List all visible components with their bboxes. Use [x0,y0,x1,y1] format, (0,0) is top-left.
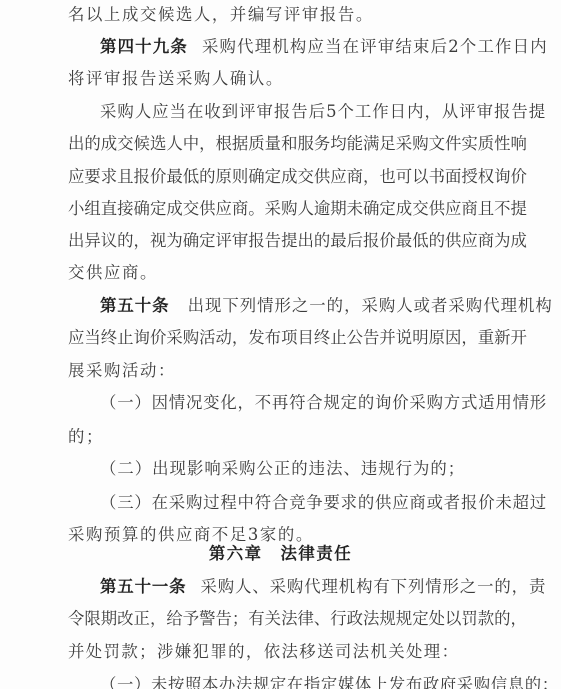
chapter-number: 第六章 [209,544,263,563]
article-49-line: 第四十九条采购代理机构应当在评审结束后2个工作日内 [100,36,492,58]
list-item: （一）因情况变化，不再符合规定的询价采购方式适用情形 [100,392,492,414]
article-51-line: 第五十一条采购人、采购代理机构有下列情形之一的，责 [100,576,492,598]
text-line: 采购人应当在收到评审报告后5个工作日内，从评审报告提 [100,101,492,123]
text-line: 应要求且报价最低的原则确定成交供应商，也可以书面授权询价 [68,166,492,188]
document-page: 名以上成交候选人，并编写评审报告。 第四十九条采购代理机构应当在评审结束后2个工… [0,0,561,689]
text-line: 出异议的，视为确定评审报告提出的最后报价最低的供应商为成 [68,230,492,252]
text-line: 出的成交候选人中，根据质量和服务均能满足采购文件实质性响 [68,133,492,155]
article-heading: 第五十条 [100,296,170,315]
paragraph-text: 展采购活动： [68,361,176,380]
paragraph-text: （三）在采购过程中符合竞争要求的供应商或者报价未超过 [100,493,547,512]
list-item: （三）在采购过程中符合竞争要求的供应商或者报价未超过 [100,492,492,514]
paragraph-text: 令限期改正，给予警告；有关法律、行政法规规定处以罚款的， [68,609,527,628]
paragraph-text: 采购预算的供应商不足3家的。 [68,525,314,544]
paragraph-text: 采购人、采购代理机构有下列情形之一的，责 [200,577,546,596]
text-line: 小组直接确定成交供应商。采购人逾期未确定成交供应商且不提 [68,198,492,220]
paragraph-text: 应要求且报价最低的原则确定成交供应商，也可以书面授权询价 [68,167,527,186]
list-item: （二）出现影响采购公正的违法、违规行为的； [100,458,492,480]
article-heading: 第四十九条 [100,37,188,56]
text-line: 名以上成交候选人，并编写评审报告。 [68,4,492,26]
paragraph-text: 名以上成交候选人，并编写评审报告。 [68,5,374,24]
text-line: 交供应商。 [68,262,492,284]
text-line: 将评审报告送采购人确认。 [68,68,492,90]
text-line: 的； [68,426,492,448]
text-line: 令限期改正，给予警告；有关法律、行政法规规定处以罚款的， [68,608,492,630]
paragraph-text: 出的成交候选人中，根据质量和服务均能满足采购文件实质性响 [68,134,527,153]
paragraph-text: （一）因情况变化，不再符合规定的询价采购方式适用情形 [100,393,547,412]
paragraph-text: 应当终止询价采购活动，发布项目终止公告并说明原因，重新开 [68,328,527,347]
paragraph-text: 将评审报告送采购人确认。 [68,69,284,88]
article-50-line: 第五十条出现下列情形之一的，采购人或者采购代理机构 [100,295,492,317]
text-line: 并处罚款；涉嫌犯罪的，依法移送司法机关处理： [68,641,492,663]
paragraph-text: 小组直接确定成交供应商。采购人逾期未确定成交供应商且不提 [68,199,527,218]
paragraph-text: 交供应商。 [68,263,158,282]
text-line: 应当终止询价采购活动，发布项目终止公告并说明原因，重新开 [68,327,492,349]
paragraph-text: 采购人应当在收到评审报告后5个工作日内，从评审报告提 [100,102,546,121]
chapter-title: 法律责任 [281,544,353,563]
article-heading: 第五十一条 [100,577,186,596]
paragraph-text: （一）未按照本办法规定在指定媒体上发布政府采购信息的； [100,675,559,689]
paragraph-text: 出异议的，视为确定评审报告提出的最后报价最低的供应商为成 [68,231,527,250]
paragraph-text: 的； [68,427,104,446]
paragraph-text: 出现下列情形之一的，采购人或者采购代理机构 [188,296,553,315]
list-item: （一）未按照本办法规定在指定媒体上发布政府采购信息的； [100,674,492,689]
text-line: 展采购活动： [68,360,492,382]
chapter-heading: 第六章法律责任 [0,543,561,565]
paragraph-text: 并处罚款；涉嫌犯罪的，依法移送司法机关处理： [68,642,459,661]
paragraph-text: （二）出现影响采购公正的违法、违规行为的； [100,459,465,478]
paragraph-text: 采购代理机构应当在评审结束后2个工作日内 [202,37,548,56]
